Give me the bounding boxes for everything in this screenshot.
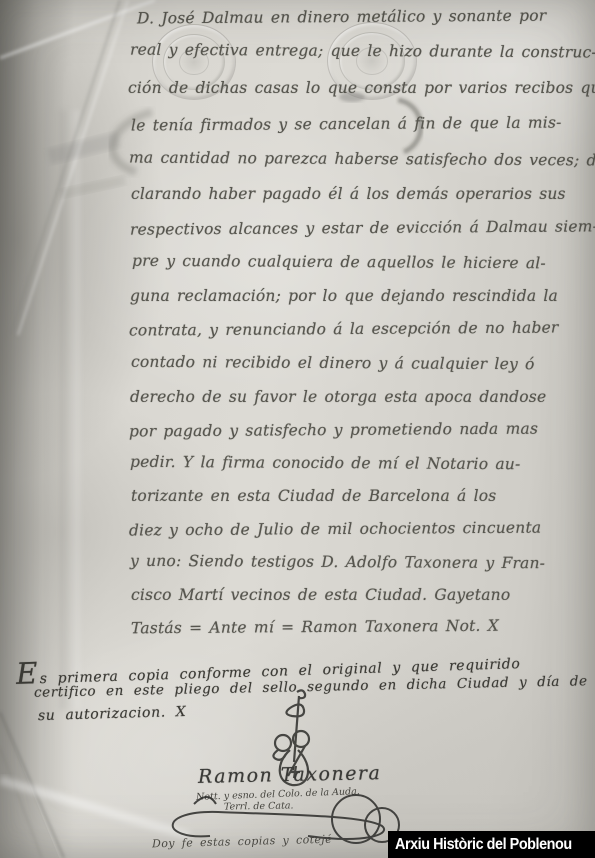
fold-line-bottom-left2: [0, 748, 42, 858]
watermark-label: Arxiu Històric del Poblenou: [395, 837, 572, 853]
manuscript-line: ción de dichas casas lo que consta por v…: [128, 81, 595, 97]
manuscript-line: contado ni recibido el dinero y á cualqu…: [131, 355, 535, 373]
manuscript-line: torizante en esta Ciudad de Barcelona á …: [131, 489, 496, 505]
manuscript-line: clarando haber pagado él á los demás ope…: [131, 187, 566, 203]
manuscript-line: guna reclamación; por lo que dejando res…: [130, 289, 558, 305]
vertical-fold-shadow: [60, 110, 80, 710]
fold-line-bottom-left: [0, 712, 64, 858]
manuscript-line: le tenía firmados y se cancelan á fin de…: [131, 115, 562, 134]
document-photo: D. José Dalmau en dinero metálico y sona…: [0, 0, 595, 858]
closing-line: su autorizacion. X: [38, 705, 187, 723]
bleedthrough-text-band: [60, 175, 127, 199]
manuscript-line: D. José Dalmau en dinero metálico y sona…: [137, 9, 546, 27]
left-edge-shadow: [0, 0, 92, 858]
bleedthrough-stamp: [47, 132, 121, 165]
signature-name: Ramon Taxonera: [198, 764, 382, 787]
manuscript-line: diez y ocho de Julio de mil ochocientos …: [129, 521, 541, 539]
manuscript-line: derecho de su favor le otorga esta apoca…: [130, 390, 546, 406]
manuscript-line: contrata, y renunciando á la escepción d…: [129, 321, 559, 339]
manuscript-line: real y efectiva entrega; que le hizo dur…: [130, 43, 595, 61]
manuscript-line: Tastás = Ante mí = Ramon Taxonera Not. X: [131, 619, 499, 637]
watermark-bar: Arxiu Històric del Poblenou: [388, 831, 595, 858]
manuscript-line: por pagado y satisfecho y prometiendo na…: [129, 422, 538, 440]
manuscript-line: ma cantidad no parezca haberse satisfech…: [129, 151, 595, 169]
manuscript-line: y uno: Siendo testigos D. Adolfo Taxoner…: [130, 554, 545, 572]
manuscript-line: cisco Martí vecinos de esta Ciudad. Gaye…: [131, 588, 510, 604]
manuscript-line: respectivos alcances y estar de evicción…: [130, 219, 595, 238]
manuscript-line: pre y cuando cualquiera de aquellos le h…: [132, 254, 546, 272]
crease-top-left-highlight2: [18, 0, 128, 335]
manuscript-line: pedir. Y la firma conocido de mí el Nota…: [130, 455, 521, 473]
crease-top-left-shadow: [10, 0, 120, 335]
